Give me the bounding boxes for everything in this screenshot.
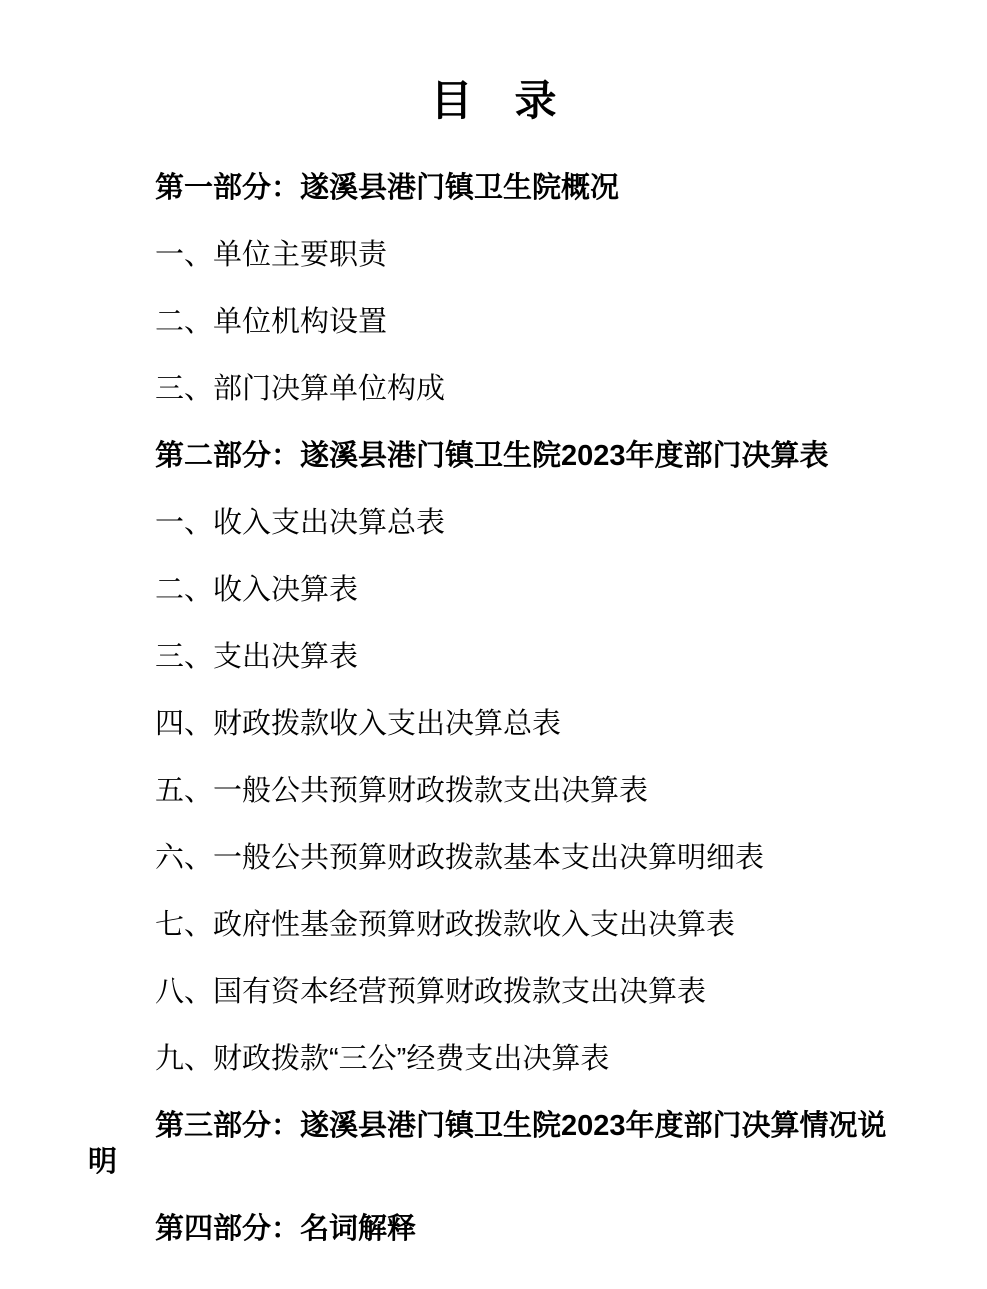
toc-section-heading: 第二部分：遂溪县港门镇卫生院2023年度部门决算表 [88, 438, 899, 474]
document-page: 目 录 第一部分：遂溪县港门镇卫生院概况一、单位主要职责二、单位机构设置三、部门… [0, 0, 987, 1289]
toc-item: 五、一般公共预算财政拨款支出决算表 [88, 773, 899, 809]
toc-section-heading: 第四部分：名词解释 [88, 1211, 899, 1247]
toc-list: 第一部分：遂溪县港门镇卫生院概况一、单位主要职责二、单位机构设置三、部门决算单位… [88, 170, 899, 1247]
toc-item: 一、单位主要职责 [88, 237, 899, 273]
toc-item: 三、支出决算表 [88, 639, 899, 675]
toc-item: 八、国有资本经营预算财政拨款支出决算表 [88, 974, 899, 1010]
toc-item: 二、单位机构设置 [88, 304, 899, 340]
toc-item: 七、政府性基金预算财政拨款收入支出决算表 [88, 907, 899, 943]
toc-section-heading: 第一部分：遂溪县港门镇卫生院概况 [88, 170, 899, 206]
page-title: 目 录 [88, 76, 899, 128]
toc-item: 一、收入支出决算总表 [88, 505, 899, 541]
toc-item: 九、财政拨款“三公”经费支出决算表 [88, 1041, 899, 1077]
toc-section-heading: 第三部分：遂溪县港门镇卫生院2023年度部门决算情况说明 [88, 1108, 899, 1180]
toc-item: 四、财政拨款收入支出决算总表 [88, 706, 899, 742]
toc-item: 六、一般公共预算财政拨款基本支出决算明细表 [88, 840, 899, 876]
toc-item: 三、部门决算单位构成 [88, 371, 899, 407]
toc-item: 二、收入决算表 [88, 572, 899, 608]
